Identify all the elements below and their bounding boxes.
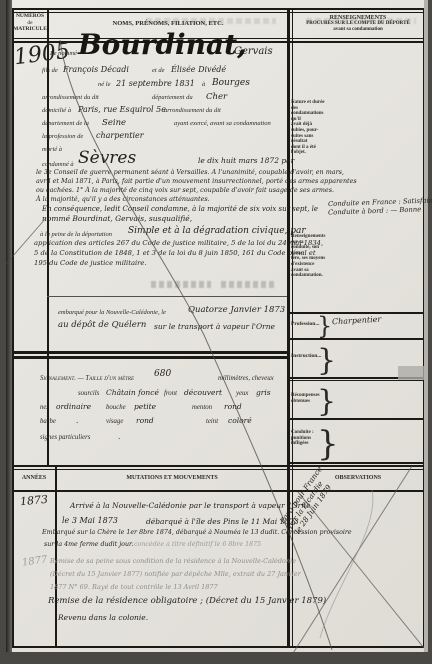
peine-line4: 195 du Code de justice militaire.	[34, 259, 147, 267]
nature-condamnations-label: Nature et durée des condamnations qu'il …	[291, 100, 327, 156]
departement-de-la-label: département de la	[42, 120, 89, 127]
mutation-line1: Arrivé à la Nouvelle-Calédonie par le tr…	[70, 501, 311, 510]
deportee-big-name: Bourdinat,	[78, 28, 247, 61]
rc-rule1	[288, 312, 424, 314]
embark-date: Quatorze Janvier 1873	[188, 305, 285, 315]
et-de-label: et de	[152, 67, 164, 74]
judgment-line6: nommé Bourdinat, Gervais, susqualifié,	[42, 214, 192, 223]
condamne-label: condamné à	[42, 161, 74, 168]
rcond-l1: Renseignements sur sa	[291, 234, 327, 245]
paper-sheet: NUMÉROS de MATRICULE NOMS, PRÉNOMS, FILI…	[6, 0, 428, 652]
teint-label: teint	[206, 418, 218, 425]
faded-stamp-word1	[151, 281, 211, 288]
rc-rule5	[288, 462, 424, 464]
mutation-line9: Revenu dans la colonie.	[58, 613, 148, 622]
year-1877: 1877	[21, 554, 48, 568]
mutations-header: MUTATIONS ET MOUVEMENTS	[56, 475, 288, 481]
fils-de-label: fils de	[42, 67, 58, 74]
frame-top	[12, 8, 424, 10]
renseignements-conduite-label: Renseignements sur sa conduite, son cara…	[291, 234, 327, 279]
renseignements-header: RENSEIGNEMENTS PROCURÉS SUR LE COMPTE DU…	[293, 15, 423, 33]
arrondissement2-label: arrondissement du dit	[164, 107, 221, 114]
sourcils-value: Châtain foncé	[106, 388, 159, 397]
bt-rule-top2	[12, 469, 424, 470]
judgment-line5: En conséquence, ledit Conseil condamne, …	[42, 205, 318, 213]
matricule-header-line1: NUMÉROS	[12, 13, 48, 20]
mutation-line4-ink: sur la 4me ferme dudit jour.	[44, 541, 133, 548]
barbe-value: .	[76, 416, 78, 425]
profession-brace: }	[317, 312, 332, 340]
birth-date: 21 septembre 1831	[116, 79, 195, 88]
arrondissement1-label: arrondissement du dit	[42, 94, 99, 101]
instruction-brace: }	[317, 343, 336, 378]
yeux-value: gris	[256, 388, 271, 397]
mutation-line8: Remise de la résidence obligatoire ; (Dé…	[48, 596, 326, 606]
embark-ship: sur le transport à vapeur l'Orne	[154, 322, 275, 331]
peine-line2: application des articles 267 du Code de …	[34, 239, 323, 247]
deportee-first-name: Gervais	[234, 46, 273, 57]
ne-le-label: né le	[98, 81, 110, 88]
rcond-l5: condamnation.	[291, 273, 327, 279]
mutation-line3: Embarqué sur la Chère le 1er 8bre 1874, …	[42, 529, 352, 536]
front-label: front	[164, 390, 177, 397]
rc-rule2	[288, 338, 424, 340]
judgment-line4: À la majorité, qu'il y a des circonstanc…	[36, 195, 210, 203]
obs-cross-stroke1	[298, 492, 424, 648]
a-label: à	[202, 81, 205, 88]
mother-name: Élisée Divédé	[171, 65, 226, 74]
marie-label: marié à	[42, 146, 62, 153]
birth-place: Bourges	[212, 78, 250, 88]
bt-rule-top	[12, 465, 424, 467]
frame-top2	[12, 12, 424, 13]
bt-rule-bottom	[12, 490, 424, 492]
embark-rule-top	[47, 296, 287, 297]
nature-l3: avait déjà subies, pour-	[291, 122, 327, 133]
recompenses-brace: }	[317, 384, 336, 419]
rc-rule4	[288, 418, 424, 420]
signes-label: signes particuliers	[40, 434, 90, 441]
rcond-l2: conduite, son carac-	[291, 245, 327, 256]
dept2-value: Seine	[102, 118, 126, 128]
nature-l1: Nature et durée des	[291, 100, 327, 111]
judgment-line1: le 3e Conseil de guerre permanent séant …	[36, 168, 344, 176]
condamne-place: Sèvres	[78, 148, 136, 168]
embark-printed-label: embarqué pour la Nouvelle-Calédonie, le	[58, 309, 166, 316]
peine-hand-intro: Simple et à la dégradation civique, par	[128, 226, 306, 236]
mutation-line2a: le 3 Mai 1873	[62, 516, 118, 525]
le-nomme-label: Le nommé	[50, 50, 77, 57]
obs-pencil-curve	[320, 490, 373, 638]
judgment-line3: ou cachées. 1° À la majorité de cinq voi…	[36, 186, 334, 194]
menton-label: menton	[192, 404, 212, 411]
profession-phrase-value: charpentier	[96, 131, 144, 140]
visage-value: rond	[136, 416, 154, 425]
thick-band2	[12, 356, 288, 359]
renseignements-header-line3: avant sa condamnation	[293, 27, 423, 33]
frame-bottom	[12, 646, 424, 648]
nature-l2: condamnations qu'il	[291, 111, 327, 122]
year-1873: 1873	[19, 493, 48, 508]
domicilie-label: domicilié à	[42, 107, 71, 114]
ayant-exerce-label: ayant exercé, avant sa condamnation	[174, 120, 271, 127]
matricule-header-line3: MATRICULE	[12, 26, 48, 33]
dept1-value: Cher	[206, 92, 227, 102]
mutation-line2b: débarqué à l'île des Pins le 11 Mai 1873	[146, 517, 299, 526]
signalement-cheveux-label: millimètres, cheveux	[218, 375, 274, 382]
profession-phrase-label: la profession de	[42, 133, 83, 140]
taille-value: 680	[154, 369, 171, 379]
departement-du-label: département du	[152, 94, 193, 101]
names-header: NOMS, PRÉNOMS, FILIATION, ETC.	[48, 20, 288, 27]
judgment-line2: avril et Mai 1871, à Paris, fait partie …	[36, 177, 357, 185]
sourcils-label: sourcils	[78, 390, 99, 397]
barbe-label: barbe	[40, 418, 56, 425]
profession-row-value: Charpentier	[332, 315, 382, 327]
peine-line3: 5 de la Constitution de 1848, 1 et 3 de …	[34, 249, 316, 257]
peine-printed-label: à la peine de la déportation	[40, 231, 112, 238]
scan-edge-left	[6, 0, 12, 652]
nature-l5: dont il a été l'objet.	[291, 145, 327, 156]
rc-rule3b	[288, 380, 424, 381]
annees-header: ANNÉES	[12, 475, 56, 481]
scanned-register-page: NUMÉROS de MATRICULE NOMS, PRÉNOMS, FILI…	[0, 0, 432, 664]
front-value: découvert	[184, 388, 222, 397]
father-name: François Décadi	[63, 65, 129, 74]
thick-band1	[12, 351, 288, 354]
bouche-value: petite	[134, 402, 156, 411]
embark-depot: au dépôt de Quélern	[58, 320, 146, 330]
nez-label: nez	[40, 404, 49, 411]
menton-value: rond	[224, 402, 242, 411]
condamne-date: le dix huit mars 1872 par	[198, 156, 294, 165]
center-divider	[287, 8, 290, 648]
nez-value: ordinaire	[56, 402, 91, 411]
frame-left	[12, 8, 14, 648]
bouche-label: bouche	[106, 404, 126, 411]
signalement-taille-label: Signalement. — Taille d'un mètre	[40, 375, 134, 382]
domicile-value: Paris, rue Esquirol 5e	[78, 105, 166, 114]
mutation-line5: Remise de sa peine sous condition de la …	[50, 557, 296, 565]
nature-l4: suites sans résultat	[291, 134, 327, 145]
teint-value: coloré	[228, 416, 252, 425]
mutation-line6: (Décret du 15 Janvier 1877) notifiée par…	[50, 570, 301, 578]
mutation-line7: 1877 N° 69. Rayé de tout contrôle le 13 …	[50, 583, 218, 591]
scan-edge-right	[424, 0, 428, 652]
matricule-header: NUMÉROS de MATRICULE	[12, 13, 48, 33]
faded-stamp-word2	[221, 281, 276, 288]
mutation-line4-pencil: concédée à titre définitif le 6 8bre 187…	[134, 541, 261, 548]
visage-label: visage	[106, 418, 123, 425]
yeux-label: yeux	[236, 390, 248, 397]
signes-value: .	[118, 432, 120, 441]
rcond-l4: d'existence avant sa	[291, 262, 327, 273]
profession-row-label: Profession...	[291, 321, 319, 327]
